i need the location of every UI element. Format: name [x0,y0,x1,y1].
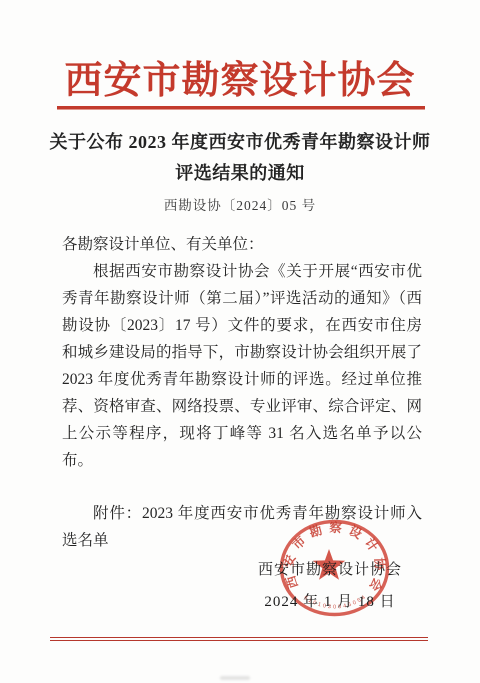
document-body: 各勘察设计单位、有关单位： 根据西安市勘察设计协会《关于开展“西安市优秀青年勘察… [62,231,422,554]
body-paragraph: 根据西安市勘察设计协会《关于开展“西安市优秀青年勘察设计师（第二届）”评选活动的… [62,258,422,474]
signature-block: 西安市勘察设计协会 2024 年 1 月 18 日 [230,558,430,611]
document-title-line-1: 关于公布 2023 年度西安市优秀青年勘察设计师 [0,127,480,158]
salutation-line: 各勘察设计单位、有关单位： [62,231,422,258]
document-title: 关于公布 2023 年度西安市优秀青年勘察设计师 评选结果的通知 [0,127,480,189]
letterhead-org-name: 西安市勘察设计协会 [0,49,480,104]
document-title-line-2: 评选结果的通知 [0,158,480,189]
document-number: 西勘设协〔2024〕05 号 [0,194,480,214]
letterhead-red-rule [57,106,425,110]
scanned-document-page: 西安市勘察设计协会 关于公布 2023 年度西安市优秀青年勘察设计师 评选结果的… [0,0,480,683]
scan-smudge-artifact [220,676,250,680]
signature-org-name: 西安市勘察设计协会 [230,558,430,579]
bottom-double-red-rule [50,637,428,641]
signature-date: 2024 年 1 月 18 日 [230,590,430,611]
